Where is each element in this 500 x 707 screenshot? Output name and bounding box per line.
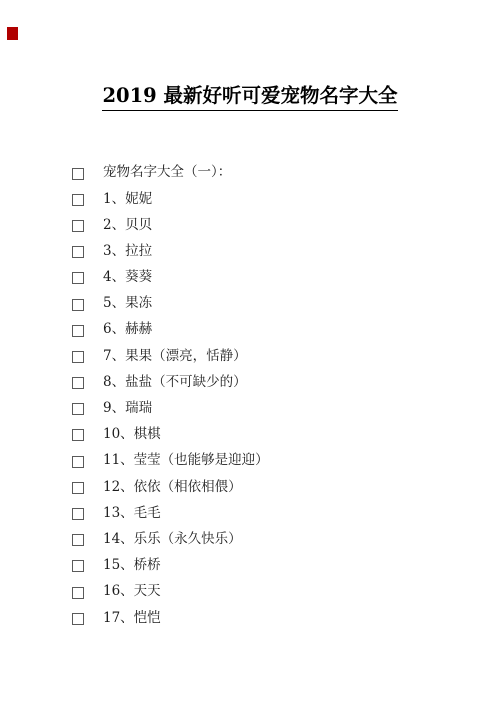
list-item-label: 4、葵葵	[103, 271, 152, 285]
checkbox-icon[interactable]	[72, 325, 84, 337]
list-item: 11、莹莹（也能够是迎迎）	[72, 448, 500, 474]
list-item: 14、乐乐（永久快乐）	[72, 527, 500, 553]
list-item: 6、赫赫	[72, 317, 500, 343]
checkbox-icon[interactable]	[72, 377, 84, 389]
page-title-text: 2019 最新好听可爱宠物名字大全	[102, 84, 397, 111]
checkbox-icon[interactable]	[72, 220, 84, 232]
list-item-label: 5、果冻	[103, 297, 152, 311]
checkbox-icon[interactable]	[72, 299, 84, 311]
list-item-label: 9、瑞瑞	[103, 402, 152, 416]
list-item-label: 12、依依（相依相偎）	[103, 481, 242, 495]
list-item: 15、桥桥	[72, 553, 500, 579]
pet-name-list: 宠物名字大全（一）： 1、妮妮 2、贝贝 3、拉拉 4、葵葵 5、果冻 6、赫赫…	[0, 160, 500, 631]
list-item: 9、瑞瑞	[72, 396, 500, 422]
list-item: 宠物名字大全（一）：	[72, 160, 500, 186]
checkbox-icon[interactable]	[72, 429, 84, 441]
checkbox-icon[interactable]	[72, 534, 84, 546]
list-item-label: 11、莹莹（也能够是迎迎）	[103, 454, 269, 468]
list-item-label: 宠物名字大全（一）：	[103, 166, 231, 180]
checkbox-icon[interactable]	[72, 403, 84, 415]
checkbox-icon[interactable]	[72, 587, 84, 599]
list-item-label: 6、赫赫	[103, 323, 152, 337]
list-item: 8、盐盐（不可缺少的）	[72, 370, 500, 396]
list-item-label: 2、贝贝	[103, 219, 152, 233]
list-item-label: 3、拉拉	[103, 245, 152, 259]
list-item-label: 8、盐盐（不可缺少的）	[103, 376, 247, 390]
list-item: 16、天天	[72, 579, 500, 605]
checkbox-icon[interactable]	[72, 560, 84, 572]
checkbox-icon[interactable]	[72, 246, 84, 258]
list-item: 2、贝贝	[72, 212, 500, 238]
list-item-label: 1、妮妮	[103, 193, 152, 207]
page-title: 2019 最新好听可爱宠物名字大全	[0, 0, 500, 107]
list-item: 13、毛毛	[72, 500, 500, 526]
list-item: 1、妮妮	[72, 186, 500, 212]
list-item-label: 10、棋棋	[103, 428, 161, 442]
list-item-label: 17、恺恺	[103, 612, 161, 626]
checkbox-icon[interactable]	[72, 508, 84, 520]
checkbox-icon[interactable]	[72, 272, 84, 284]
red-square-marker	[7, 27, 18, 40]
document-page: 2019 最新好听可爱宠物名字大全 宠物名字大全（一）： 1、妮妮 2、贝贝 3…	[0, 0, 500, 707]
list-item-label: 16、天天	[103, 585, 161, 599]
list-item: 17、恺恺	[72, 605, 500, 631]
list-item-label: 7、果果（漂亮，恬静）	[103, 350, 247, 364]
checkbox-icon[interactable]	[72, 613, 84, 625]
list-item: 4、葵葵	[72, 265, 500, 291]
list-item: 10、棋棋	[72, 422, 500, 448]
list-item-label: 13、毛毛	[103, 507, 161, 521]
list-item: 5、果冻	[72, 291, 500, 317]
checkbox-icon[interactable]	[72, 482, 84, 494]
checkbox-icon[interactable]	[72, 351, 84, 363]
list-item: 12、依依（相依相偎）	[72, 474, 500, 500]
list-item: 7、果果（漂亮，恬静）	[72, 343, 500, 369]
list-item: 3、拉拉	[72, 239, 500, 265]
list-item-label: 15、桥桥	[103, 559, 161, 573]
checkbox-icon[interactable]	[72, 168, 84, 180]
checkbox-icon[interactable]	[72, 194, 84, 206]
list-item-label: 14、乐乐（永久快乐）	[103, 533, 242, 547]
checkbox-icon[interactable]	[72, 456, 84, 468]
